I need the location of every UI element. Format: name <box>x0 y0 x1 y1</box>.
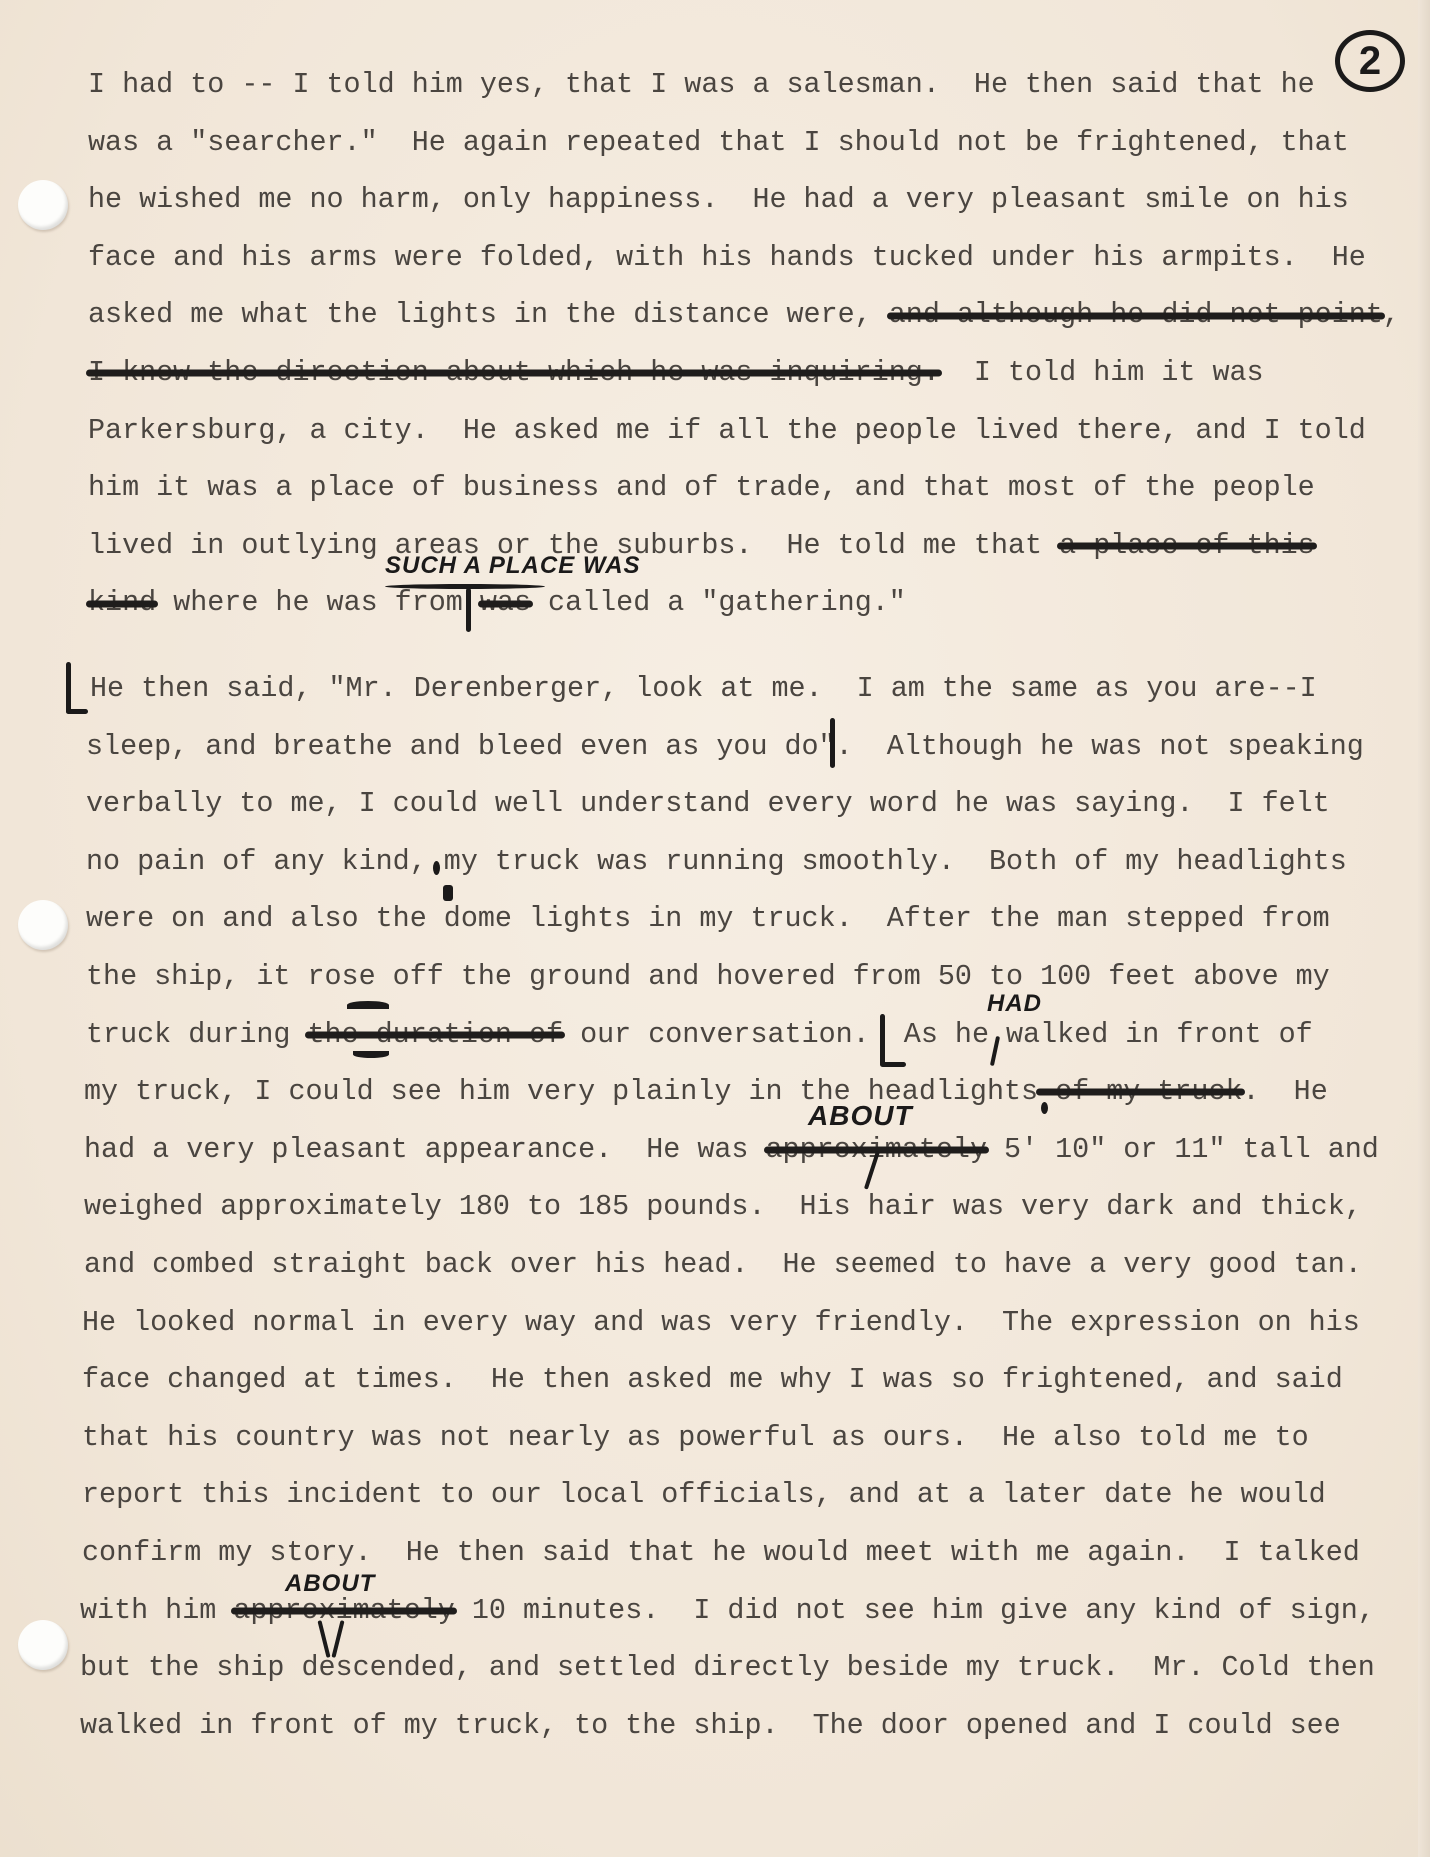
text-line: confirm my story. He then said that he w… <box>82 1536 1360 1570</box>
paragraph-mark-foot <box>880 1062 906 1067</box>
typed-text: the ship, it rose off the ground and hov… <box>86 960 1330 993</box>
typed-text: and combed straight back over his head. … <box>84 1248 1362 1281</box>
typed-text: were on and also the dome lights in my t… <box>86 902 1330 935</box>
struck-text: the duration of <box>307 1018 563 1051</box>
typed-text: no pain of any kind, my truck was runnin… <box>86 845 1347 878</box>
text-line: my truck, I could see him very plainly i… <box>84 1075 1328 1109</box>
close-up-mark-bottom <box>353 1051 389 1058</box>
typed-text: called a "gathering." <box>531 586 906 619</box>
typed-text: He then said, "Mr. Derenberger, look at … <box>90 672 1317 705</box>
binder-hole <box>18 900 68 950</box>
inserted-period <box>433 861 440 875</box>
text-line: kind where he was from was called a "gat… <box>88 586 906 620</box>
text-line: I had to -- I told him yes, that I was a… <box>88 68 1315 102</box>
typed-text: He looked normal in every way and was ve… <box>82 1306 1360 1339</box>
typed-text: our conversation. As he walked in front … <box>563 1018 1313 1051</box>
text-line: the ship, it rose off the ground and hov… <box>86 960 1330 994</box>
handwritten-insert-about: ABOUT <box>808 1100 913 1132</box>
typed-text: sleep, and breathe and bleed even as you… <box>86 730 1364 763</box>
text-line: him it was a place of business and of tr… <box>88 471 1315 505</box>
inserted-period <box>1041 1102 1048 1114</box>
quote-correction-mark <box>830 718 835 768</box>
text-line: report this incident to our local offici… <box>82 1478 1326 1512</box>
typed-text: weighed approximately 180 to 185 pounds.… <box>84 1190 1362 1223</box>
text-line: was a "searcher." He again repeated that… <box>88 126 1349 160</box>
typed-text: , <box>1383 298 1400 331</box>
text-line: sleep, and breathe and bleed even as you… <box>86 730 1364 764</box>
typed-text: walked in front of my truck, to the ship… <box>80 1709 1341 1742</box>
text-line: and combed straight back over his head. … <box>84 1248 1362 1282</box>
typed-text: had a very pleasant appearance. He was <box>84 1133 766 1166</box>
text-line: truck during the duration of our convers… <box>86 1018 1313 1052</box>
struck-text: kind <box>88 586 156 619</box>
struck-text: and although he did not point <box>889 298 1383 331</box>
typed-text: but the ship descended, and settled dire… <box>80 1651 1375 1684</box>
text-line: He looked normal in every way and was ve… <box>82 1306 1360 1340</box>
text-line: He then said, "Mr. Derenberger, look at … <box>90 672 1317 706</box>
typed-text: verbally to me, I could well understand … <box>86 787 1330 820</box>
page-number: 2 <box>1335 30 1405 92</box>
struck-text: I knew the direction about which he was … <box>88 356 940 389</box>
caps-mark <box>443 885 453 901</box>
text-line: face changed at times. He then asked me … <box>82 1363 1343 1397</box>
struck-text: a place of this <box>1059 529 1315 562</box>
binder-hole <box>18 1620 68 1670</box>
paragraph-mark-foot <box>66 709 88 714</box>
typed-text: 10 minutes. I did not see him give any k… <box>455 1594 1375 1627</box>
text-line: with him approximately 10 minutes. I did… <box>80 1594 1375 1628</box>
text-line: that his country was not nearly as power… <box>82 1421 1309 1455</box>
struck-text: was <box>480 586 531 619</box>
text-line: face and his arms were folded, with his … <box>88 241 1366 275</box>
paragraph-mark <box>66 662 71 714</box>
handwritten-insert-such-a-place-was: SUCH A PLACE WAS <box>385 552 641 580</box>
typed-text: I had to -- I told him yes, that I was a… <box>88 68 1315 101</box>
page-edge <box>1418 0 1430 1857</box>
text-line: but the ship descended, and settled dire… <box>80 1651 1375 1685</box>
text-line: I knew the direction about which he was … <box>88 356 1264 390</box>
typed-text: where he was from <box>156 586 480 619</box>
handwritten-insert-had: HAD <box>987 990 1042 1018</box>
typed-text: 5' 10" or 11" tall and <box>987 1133 1379 1166</box>
text-line: weighed approximately 180 to 185 pounds.… <box>84 1190 1362 1224</box>
text-line: walked in front of my truck, to the ship… <box>80 1709 1341 1743</box>
typed-text: that his country was not nearly as power… <box>82 1421 1309 1454</box>
typed-text: I told him it was <box>940 356 1264 389</box>
typed-text: was a "searcher." He again repeated that… <box>88 126 1349 159</box>
text-line: asked me what the lights in the distance… <box>88 298 1400 332</box>
typed-text: with him <box>80 1594 233 1627</box>
text-line: had a very pleasant appearance. He was a… <box>84 1133 1379 1167</box>
struck-text: of my truck <box>1038 1075 1242 1108</box>
typed-text: . He <box>1243 1075 1328 1108</box>
insertion-caret <box>466 588 471 632</box>
close-up-mark-top <box>347 1001 389 1009</box>
typed-text: truck during <box>86 1018 307 1051</box>
paragraph-mark <box>880 1014 885 1066</box>
typed-text: he wished me no harm, only happiness. He… <box>88 183 1349 216</box>
text-line: he wished me no harm, only happiness. He… <box>88 183 1349 217</box>
typed-text: him it was a place of business and of tr… <box>88 471 1315 504</box>
binder-hole <box>18 180 68 230</box>
text-line: were on and also the dome lights in my t… <box>86 902 1330 936</box>
insertion-underline <box>385 584 545 589</box>
text-line: verbally to me, I could well understand … <box>86 787 1330 821</box>
typed-text: asked me what the lights in the distance… <box>88 298 889 331</box>
typed-text: Parkersburg, a city. He asked me if all … <box>88 414 1366 447</box>
text-line: lived in outlying areas or the suburbs. … <box>88 529 1315 563</box>
text-line: no pain of any kind, my truck was runnin… <box>86 845 1347 879</box>
typed-text: confirm my story. He then said that he w… <box>82 1536 1360 1569</box>
text-line: Parkersburg, a city. He asked me if all … <box>88 414 1366 448</box>
handwritten-insert-about: ABOUT <box>285 1570 375 1598</box>
typed-text: report this incident to our local offici… <box>82 1478 1326 1511</box>
typed-text: face changed at times. He then asked me … <box>82 1363 1343 1396</box>
typed-text: face and his arms were folded, with his … <box>88 241 1366 274</box>
